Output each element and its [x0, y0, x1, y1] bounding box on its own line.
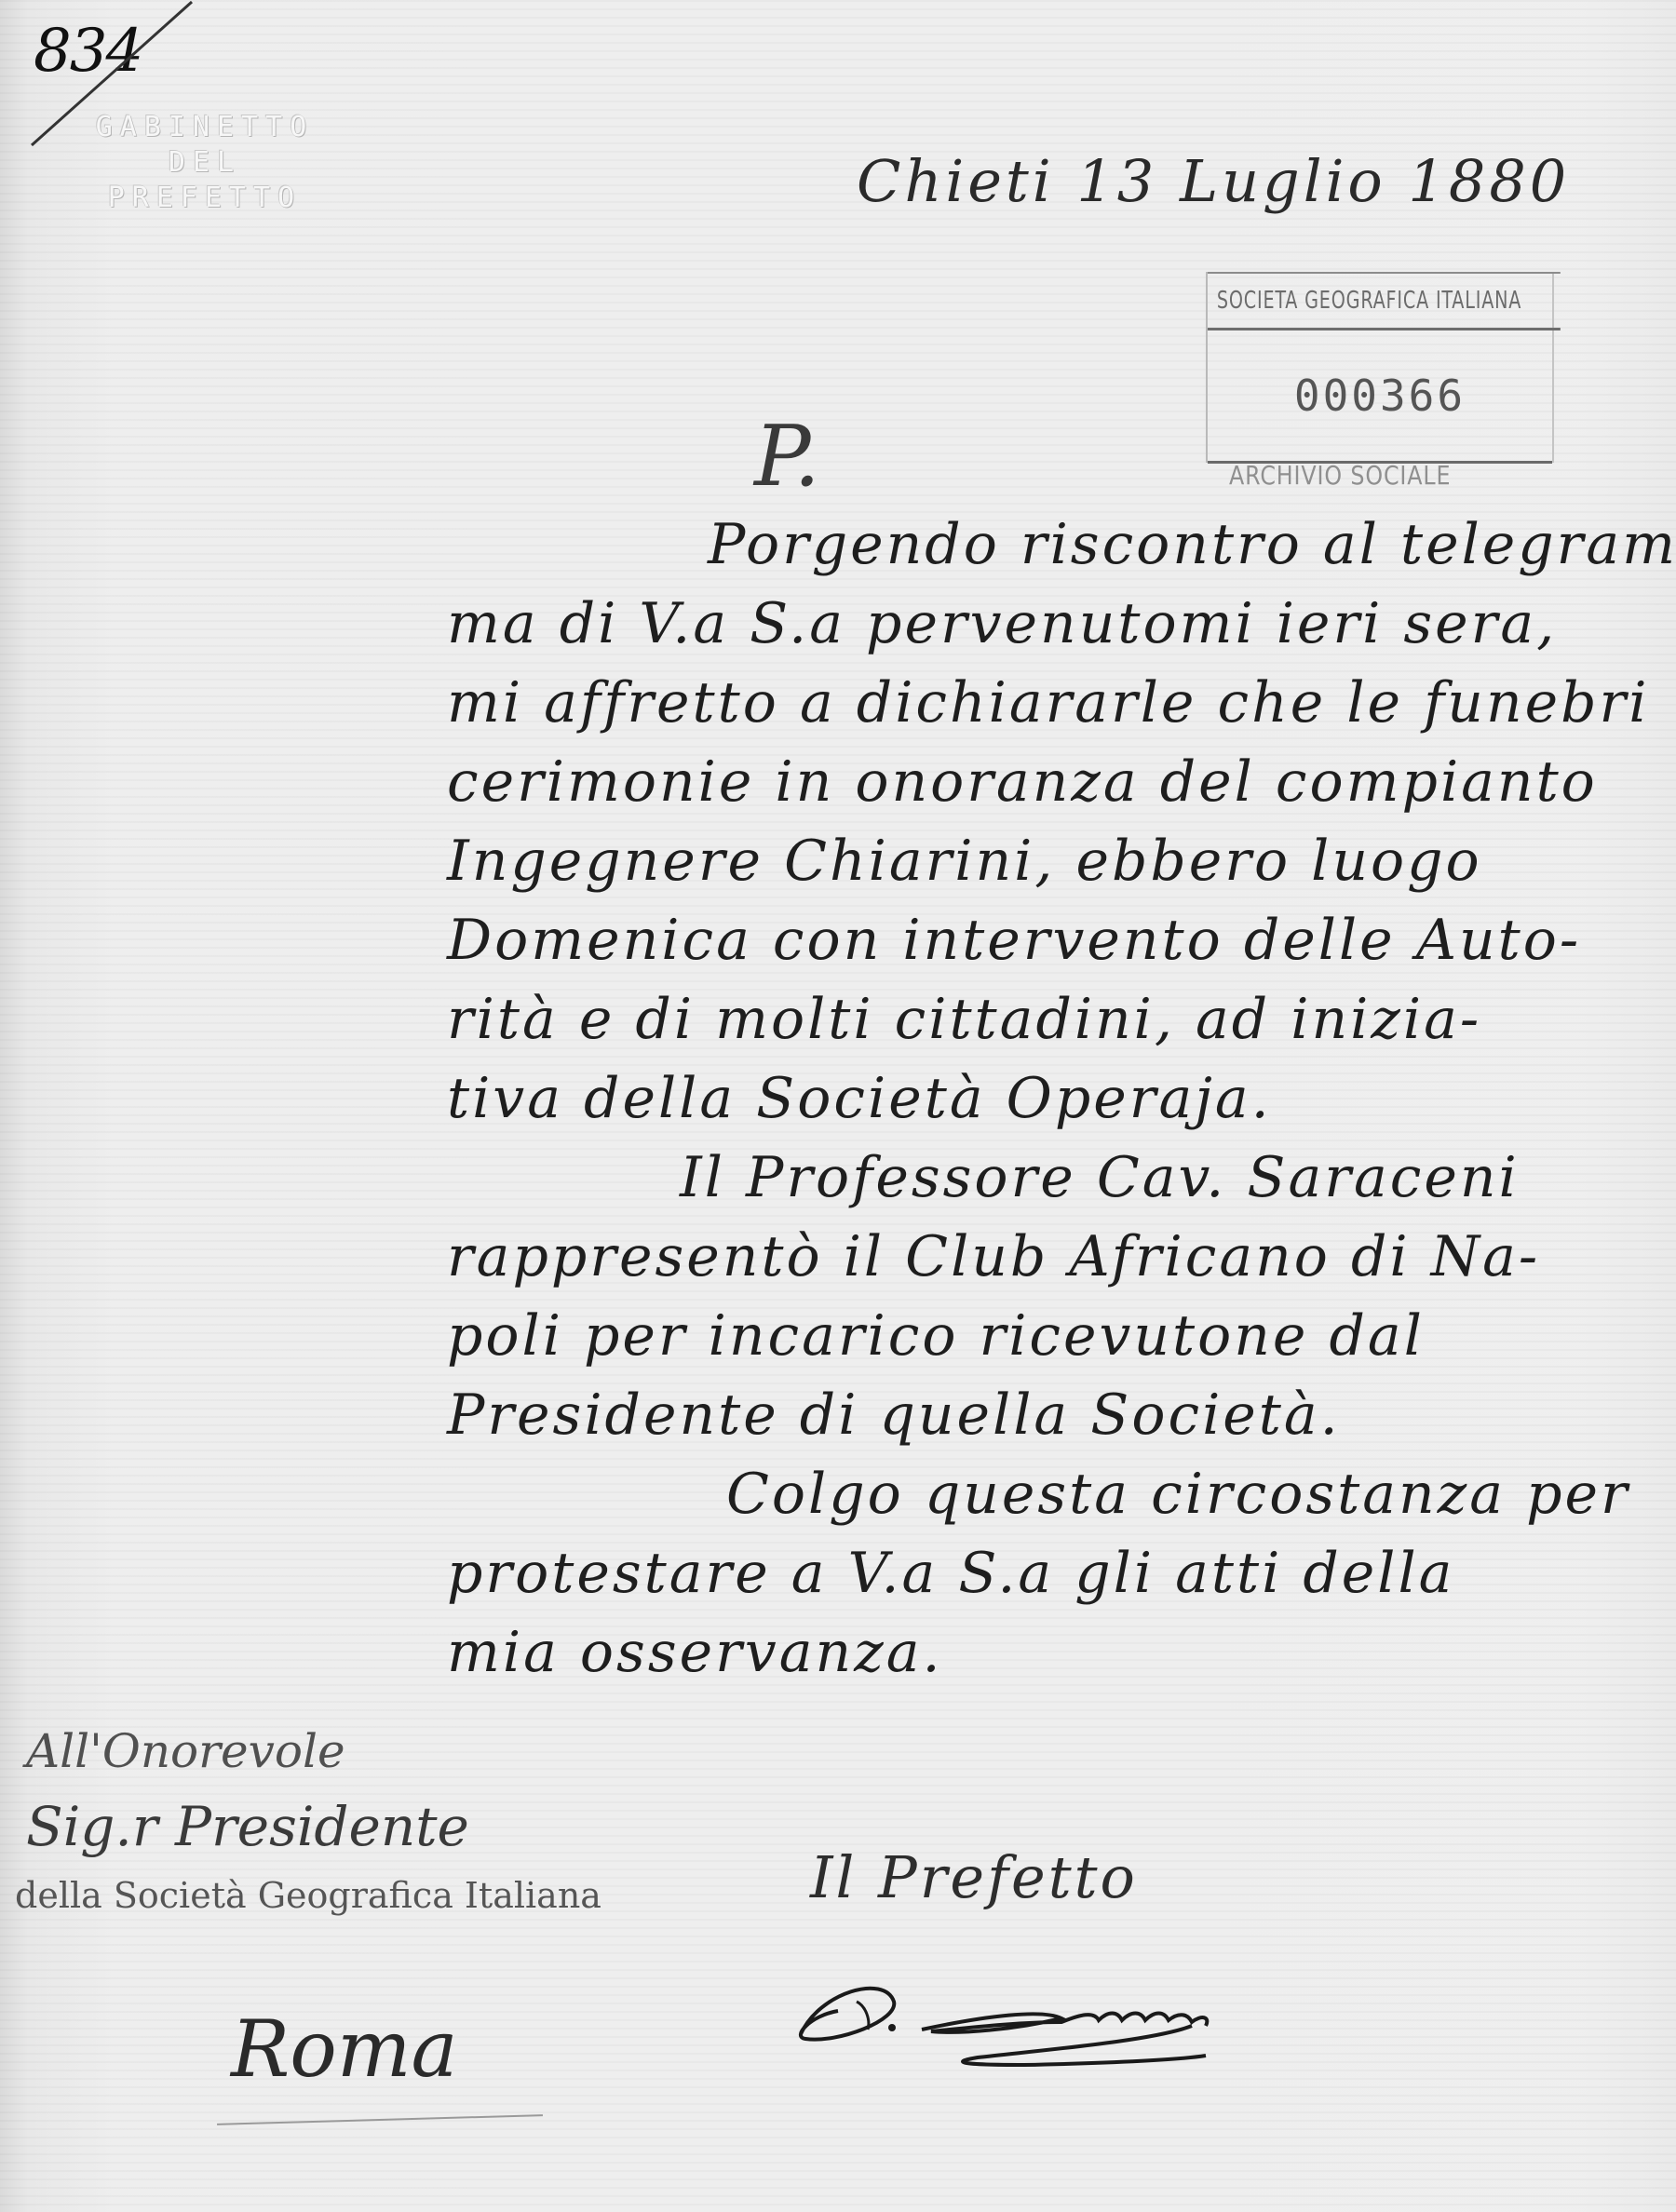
body-line: rità e di molti cittadini, ad inizia-	[447, 987, 1481, 1052]
address-city: Roma	[231, 2003, 458, 2095]
body-line: Colgo questa circostanza per	[726, 1462, 1630, 1527]
stamp-footer: ARCHIVIO SOCIALE	[1229, 460, 1451, 491]
body-line: Porgendo riscontro al telegram-	[708, 512, 1676, 577]
body-line: Presidente di quella Società.	[447, 1382, 1341, 1448]
letterhead-line-1: GABINETTO	[65, 110, 345, 145]
embossed-letterhead: GABINETTO DEL PREFETTO	[65, 110, 345, 216]
body-line: poli per incarico ricevutone dal	[447, 1303, 1425, 1369]
body-line: Domenica con intervento delle Auto-	[447, 908, 1581, 973]
body-line: ma di V.a S.a pervenutomi ieri sera,	[447, 591, 1557, 656]
salutation: P.	[754, 408, 820, 506]
signature-flourish: B. Ferrini	[782, 1964, 1434, 2076]
body-line: Il Professore Cav. Saraceni	[680, 1145, 1520, 1210]
city-underline	[217, 2114, 543, 2125]
body-line: mia osservanza.	[447, 1620, 943, 1685]
address-line-2: Sig.r Presidente	[26, 1795, 469, 1858]
body-line: tiva della Società Operaja.	[447, 1066, 1272, 1131]
letterhead-line-3: PREFETTO	[65, 181, 345, 216]
body-line: mi affretto a dichiararle che le funebri	[447, 670, 1649, 735]
archive-stamp: SOCIETA GEOGRAFICA ITALIANA 000366	[1206, 272, 1554, 463]
body-line: protestare a V.a S.a gli atti della	[447, 1541, 1454, 1606]
place-date: Chieti 13 Luglio 1880	[857, 147, 1570, 215]
address-line-1: All'Onorevole	[26, 1724, 345, 1778]
stamp-number: 000366	[1208, 330, 1552, 464]
body-line: rappresentò il Club Africano di Na-	[447, 1224, 1540, 1289]
letterhead-line-2: DEL	[65, 145, 345, 181]
stamp-header: SOCIETA GEOGRAFICA ITALIANA	[1208, 272, 1561, 330]
address-line-3: della Società Geografica Italiana	[15, 1875, 601, 1916]
closing-title: Il Prefetto	[810, 1843, 1138, 1911]
body-line: cerimonie in onoranza del compianto	[447, 749, 1598, 815]
body-line: Ingegnere Chiarini, ebbero luogo	[447, 829, 1482, 894]
